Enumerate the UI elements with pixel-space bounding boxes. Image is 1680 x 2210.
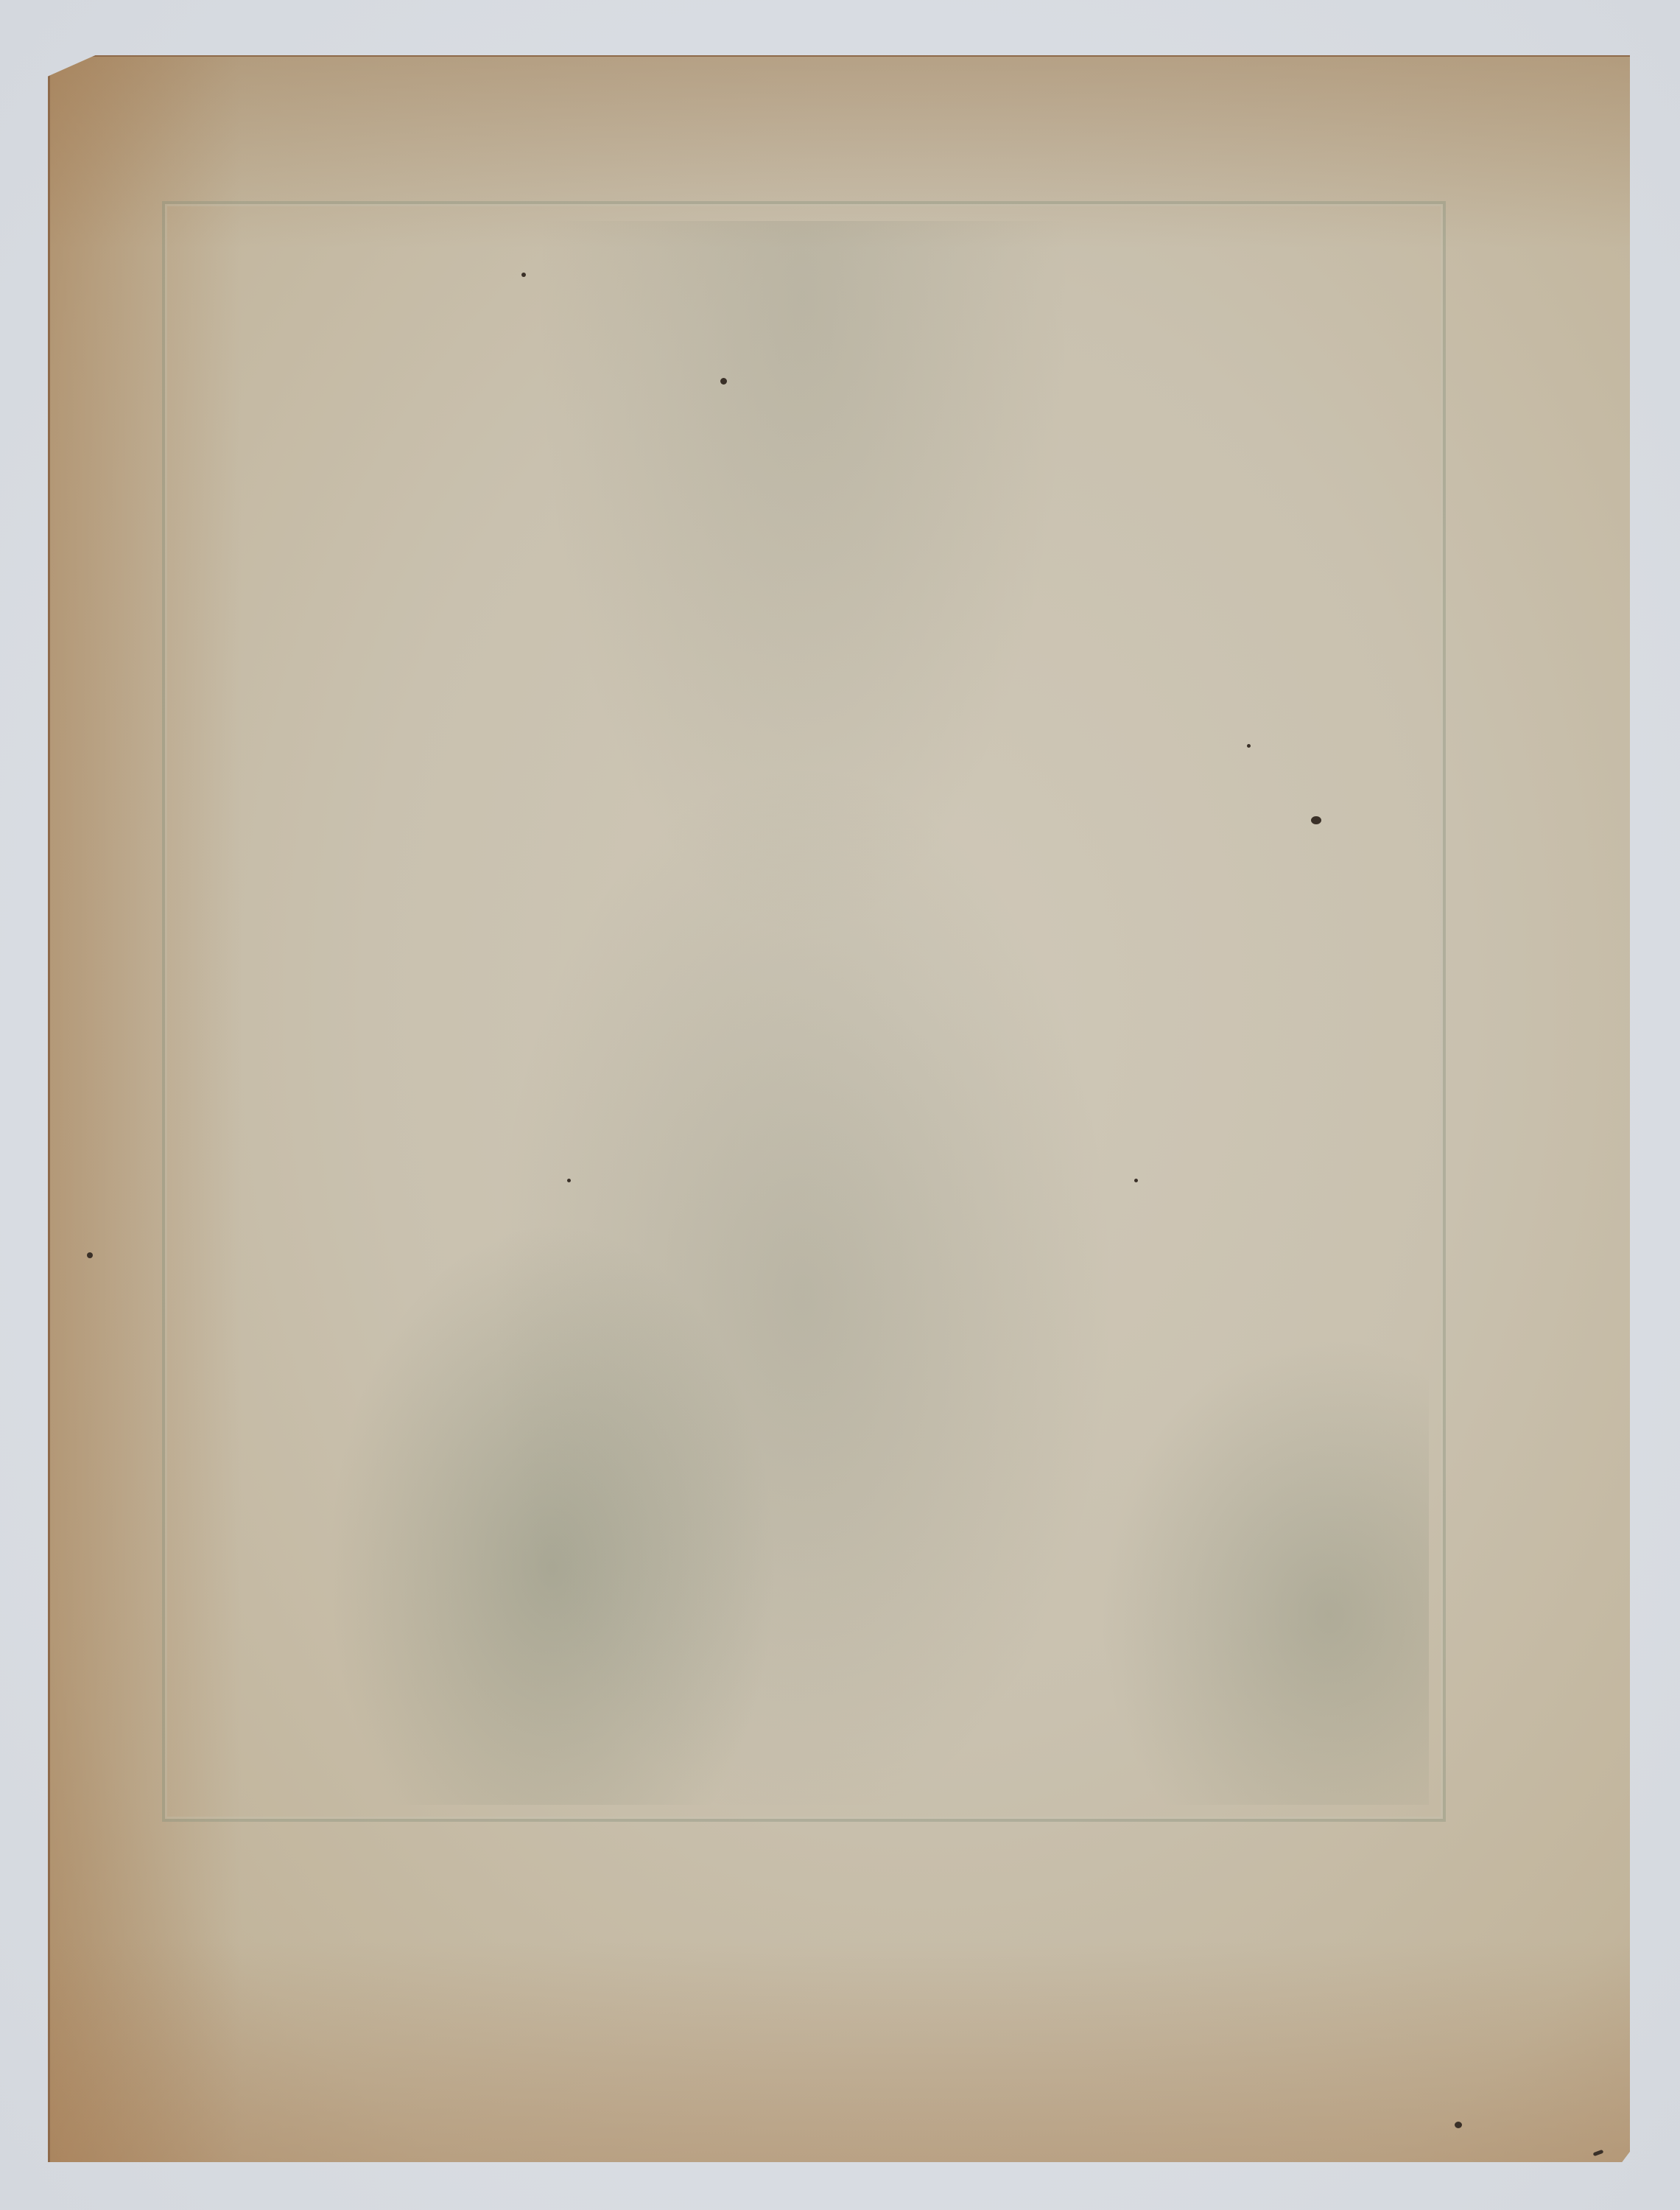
foxing-speck	[1134, 1179, 1138, 1182]
foxing-speck	[1247, 744, 1251, 748]
foxing-speck	[1455, 2122, 1462, 2128]
caption-show-through	[737, 1882, 1031, 1912]
foxing-speck	[87, 1252, 93, 1258]
plate-mark	[162, 201, 1446, 1822]
foxing-speck	[521, 273, 526, 277]
edge-toning-bottom	[50, 1941, 1630, 2162]
foxing-speck	[1311, 816, 1321, 824]
foxing-speck	[567, 1179, 571, 1182]
foxing-speck	[720, 378, 727, 385]
